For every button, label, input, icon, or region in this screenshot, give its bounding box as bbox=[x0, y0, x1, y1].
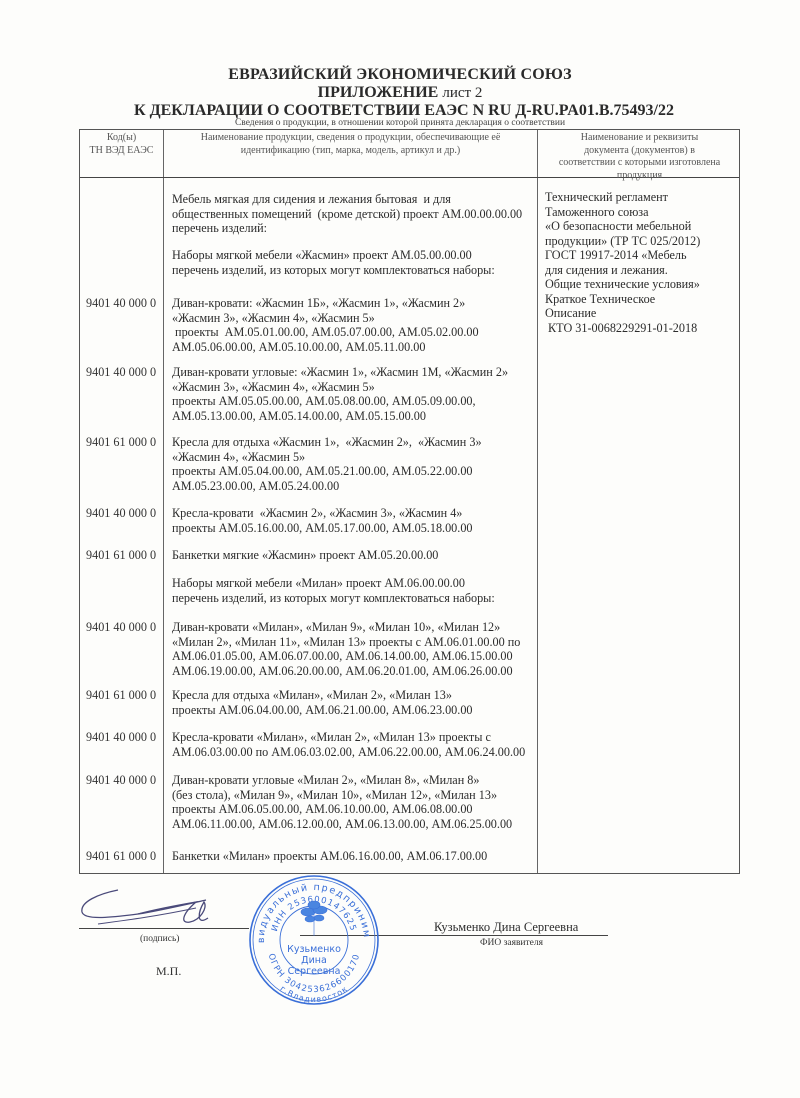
tn-ved-code: 9401 40 000 0 bbox=[86, 620, 156, 635]
product-description: Кресла для отдыха «Милан», «Милан 2», «М… bbox=[172, 688, 473, 717]
tn-ved-code: 9401 61 000 0 bbox=[86, 688, 156, 703]
union-title: ЕВРАЗИЙСКИЙ ЭКОНОМИЧЕСКИЙ СОЮЗ bbox=[0, 66, 800, 84]
tn-ved-code: 9401 61 000 0 bbox=[86, 548, 156, 563]
products-table: Код(ы) ТН ВЭД ЕАЭС Наименование продукци… bbox=[79, 129, 740, 874]
tn-ved-code: 9401 40 000 0 bbox=[86, 296, 156, 311]
company-stamp-icon: Индивидуальный предприниматель ИНН 25360… bbox=[246, 872, 382, 1008]
svg-text:Кузьменко: Кузьменко bbox=[287, 944, 341, 955]
product-description: Кресла для отдыха «Жасмин 1», «Жасмин 2»… bbox=[172, 435, 482, 493]
signature-line bbox=[79, 928, 249, 929]
product-intro: Мебель мягкая для сидения и лежания быто… bbox=[172, 192, 522, 236]
product-description: Кресла-кровати «Жасмин 2», «Жасмин 3», «… bbox=[172, 506, 473, 535]
tn-ved-code: 9401 61 000 0 bbox=[86, 435, 156, 450]
product-description: Диван-кровати угловые «Милан 2», «Милан … bbox=[172, 773, 512, 831]
svg-text:Сергеевна: Сергеевна bbox=[288, 966, 341, 977]
appendix-title: ПРИЛОЖЕНИЕ лист 2 bbox=[0, 84, 800, 102]
applicant-name: Кузьменко Дина Сергеевна bbox=[434, 920, 578, 935]
column-header-product: Наименование продукции, сведения о проду… bbox=[164, 132, 537, 157]
signature-icon bbox=[78, 884, 228, 934]
milan-set-heading: Наборы мягкой мебели «Милан» проект АМ.0… bbox=[172, 576, 495, 605]
column-divider bbox=[163, 130, 164, 873]
tn-ved-code: 9401 40 000 0 bbox=[86, 773, 156, 788]
tree-icon bbox=[301, 901, 327, 936]
tn-ved-code: 9401 40 000 0 bbox=[86, 365, 156, 380]
column-divider bbox=[537, 130, 538, 873]
appendix-label: ПРИЛОЖЕНИЕ bbox=[318, 84, 443, 101]
tn-ved-code: 9401 40 000 0 bbox=[86, 730, 156, 745]
signature-label: (подпись) bbox=[140, 934, 179, 944]
product-description: Кресла-кровати «Милан», «Милан 2», «Мила… bbox=[172, 730, 525, 759]
svg-text:Дина: Дина bbox=[301, 955, 327, 966]
column-header-code: Код(ы) ТН ВЭД ЕАЭС bbox=[80, 132, 163, 157]
column-header-document: Наименование и реквизиты документа (доку… bbox=[538, 132, 741, 182]
seal-label: М.П. bbox=[156, 964, 181, 979]
table-subtitle: Сведения о продукции, в отношении которо… bbox=[0, 118, 800, 128]
product-description: Диван-кровати: «Жасмин 1Б», «Жасмин 1», … bbox=[172, 296, 479, 354]
regulation-reference: Технический регламент Таможенного союза … bbox=[545, 190, 700, 335]
sheet-number: лист 2 bbox=[442, 85, 482, 101]
product-description: Диван-кровати угловые: «Жасмин 1», «Жасм… bbox=[172, 365, 508, 423]
tn-ved-code: 9401 40 000 0 bbox=[86, 506, 156, 521]
jasmin-set-heading: Наборы мягкой мебели «Жасмин» проект АМ.… bbox=[172, 248, 495, 277]
product-description: Диван-кровати «Милан», «Милан 9», «Милан… bbox=[172, 620, 520, 678]
applicant-label: ФИО заявителя bbox=[480, 938, 543, 948]
product-description: Банкетки «Милан» проекты АМ.06.16.00.00,… bbox=[172, 849, 487, 864]
tn-ved-code: 9401 61 000 0 bbox=[86, 849, 156, 864]
product-description: Банкетки мягкие «Жасмин» проект АМ.05.20… bbox=[172, 548, 438, 563]
